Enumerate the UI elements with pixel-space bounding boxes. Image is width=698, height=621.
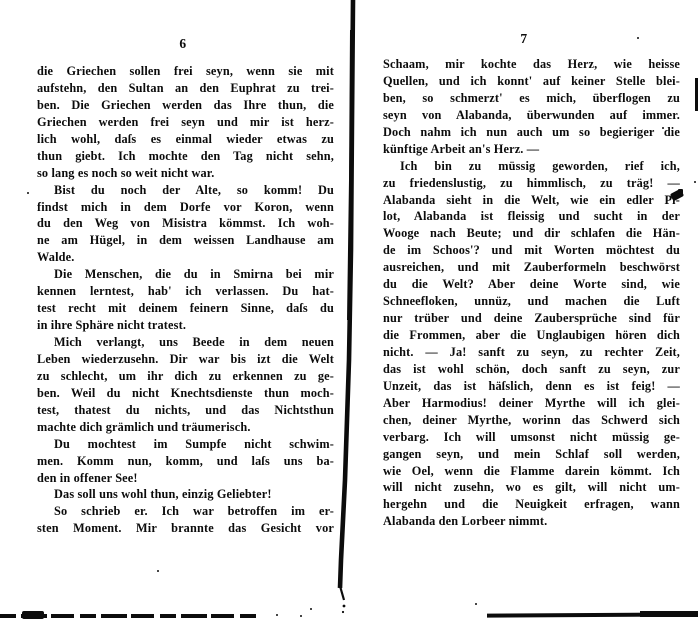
text-line: Schaam, mir kochte das Herz, wie heisse (383, 56, 680, 73)
text-line: so lang es noch so weit nicht war. (37, 165, 334, 182)
text-line: Ich bin zu müssig geworden, rief ich, (383, 158, 680, 175)
text-line: Doch nahm ich nun auch um so begieriger … (383, 124, 680, 141)
scan-speck (694, 181, 696, 183)
scan-edge-artifact-bottom-right-thick (640, 611, 698, 617)
text-line: du den Weg von Misistra kömmst. Ich woh- (37, 215, 334, 232)
book-scan-spread: 6 7 die Griechen sollen frei seyn, wenn … (0, 0, 698, 621)
text-line: Unzeit, das ist häſslich, denn es ist fe… (383, 378, 680, 395)
text-line: So schrieb er. Ich war betroffen im er- (37, 503, 334, 520)
text-line: gangen seyn, und mein Schlaf soll werden… (383, 446, 680, 463)
text-line: Die Menschen, die du in Smirna bei mir (37, 266, 334, 283)
text-line: thun giebt. Ich mochte den Tag nicht seh… (37, 148, 334, 165)
text-line: Quellen, und ich konnt' auf keiner Stell… (383, 73, 680, 90)
text-line: ausreichen, und mit Zauberformeln beschw… (383, 259, 680, 276)
text-line: Aber Harmodius! deiner Myrthe will ich g… (383, 395, 680, 412)
text-line: nicht. — Ja! sanft zu seyn, zu rechter Z… (383, 344, 680, 361)
text-line: ben, so schmerzt' es mich, überflogen zu (383, 90, 680, 107)
left-page-text: die Griechen sollen frei seyn, wenn sie … (37, 63, 334, 537)
ink-mark-small (678, 189, 683, 194)
text-line: lot, Alabanda ist fleissig und sucht in … (383, 208, 680, 225)
text-line: Mich verlangt, uns Beede in dem neuen (37, 334, 334, 351)
text-line: test recht mit deinem feinern Sinne, daſ… (37, 300, 334, 317)
scan-speck (637, 37, 639, 39)
text-line: Schneefloken, unnüz, und machen die Luft (383, 293, 680, 310)
text-line: Alabanda den Lorbeer nimmt. (383, 513, 680, 530)
text-line: will nicht zusehn, wo es gilt, will nich… (383, 479, 680, 496)
text-line: Bist du noch der Alte, so komm! Du (37, 182, 334, 199)
text-line: in ihre Sphäre nicht tratest. (37, 317, 334, 334)
scan-ink-blob-bottom (22, 611, 44, 619)
scan-speck (276, 614, 278, 616)
text-line: Du mochtest im Sumpfe nicht schwim- (37, 436, 334, 453)
text-line: kennen lerntest, hab' ich verlassen. Du … (37, 283, 334, 300)
text-line: Walde. (37, 249, 334, 266)
text-line: den in offener See! (37, 470, 334, 487)
text-line: wie Oel, wenn die Flamme darein kömmt. I… (383, 463, 680, 480)
scan-speck (662, 127, 664, 129)
text-line: Alabanda sieht in die Welt, wie ein edle… (383, 192, 680, 209)
text-line: hergehn und die Neuigkeit erfragen, wann (383, 496, 680, 513)
scan-speck (27, 192, 29, 194)
text-line: die Griechen sollen frei seyn, wenn sie … (37, 63, 334, 80)
text-line: ben. Die Griechen werden das Ihre thun, … (37, 97, 334, 114)
text-line: verbarg. Ich will umsonst nicht müssig g… (383, 429, 680, 446)
text-line: sten Moment. Mir brannte das Gesicht vor (37, 520, 334, 537)
scan-speck (310, 608, 312, 610)
text-line: ben. Weil du nicht Knechtsdienste thun m… (37, 385, 334, 402)
text-line: de im Schoos'? und mit Worten möchtest d… (383, 242, 680, 259)
scan-speck (157, 570, 159, 572)
text-line: test, thatest du nichts, und das Nichtst… (37, 402, 334, 419)
text-line: ne am Hügel, in dem weissen Landhause am (37, 232, 334, 249)
text-line: künftige Arbeit an's Herz. — (383, 141, 680, 158)
text-line: Griechen werden frei seyn und mir ist he… (37, 114, 334, 131)
text-line: seyn von Alabanda, überwunden auf immer. (383, 107, 680, 124)
right-page-number: 7 (383, 31, 665, 47)
text-line: machte dich grämlich und träumerisch. (37, 419, 334, 436)
text-line: chen, deiner Myrthe, worinn das Schwerd … (383, 412, 680, 429)
text-line: Wooge nach Beute; und dir schlafen die H… (383, 225, 680, 242)
text-line: aufstehn, den Sultan an den Euphrat zu t… (37, 80, 334, 97)
text-line: Leben wiederzusehn. Dir war bis izt die … (37, 351, 334, 368)
text-line: die Frommen, aber die Unglaubigen hören … (383, 327, 680, 344)
text-line: zu friedenslustig, zu himmlisch, zu träg… (383, 175, 680, 192)
left-page-number: 6 (38, 36, 328, 52)
text-line: findst mich in dem Dorfe vor Koron, wenn (37, 199, 334, 216)
text-line: du die Welt? Aber deine Worte sind, wie (383, 276, 680, 293)
text-line: das ist wohl schön, doch sanft zu seyn, … (383, 361, 680, 378)
text-line: Das soll uns wohl thun, einzig Geliebter… (37, 486, 334, 503)
text-line: zu schlecht, um ihr dich zu erkennen zu … (37, 368, 334, 385)
text-line: lich wohl, daſs es einmal wieder etwas z… (37, 131, 334, 148)
right-page-text: Schaam, mir kochte das Herz, wie heisseQ… (383, 56, 680, 530)
text-line: men. Komm nun, komm, und laſs uns ba- (37, 453, 334, 470)
scan-speck (475, 603, 477, 605)
scan-speck (300, 615, 302, 617)
text-line: nur trüber und deine Zaubersprüche sind … (383, 310, 680, 327)
